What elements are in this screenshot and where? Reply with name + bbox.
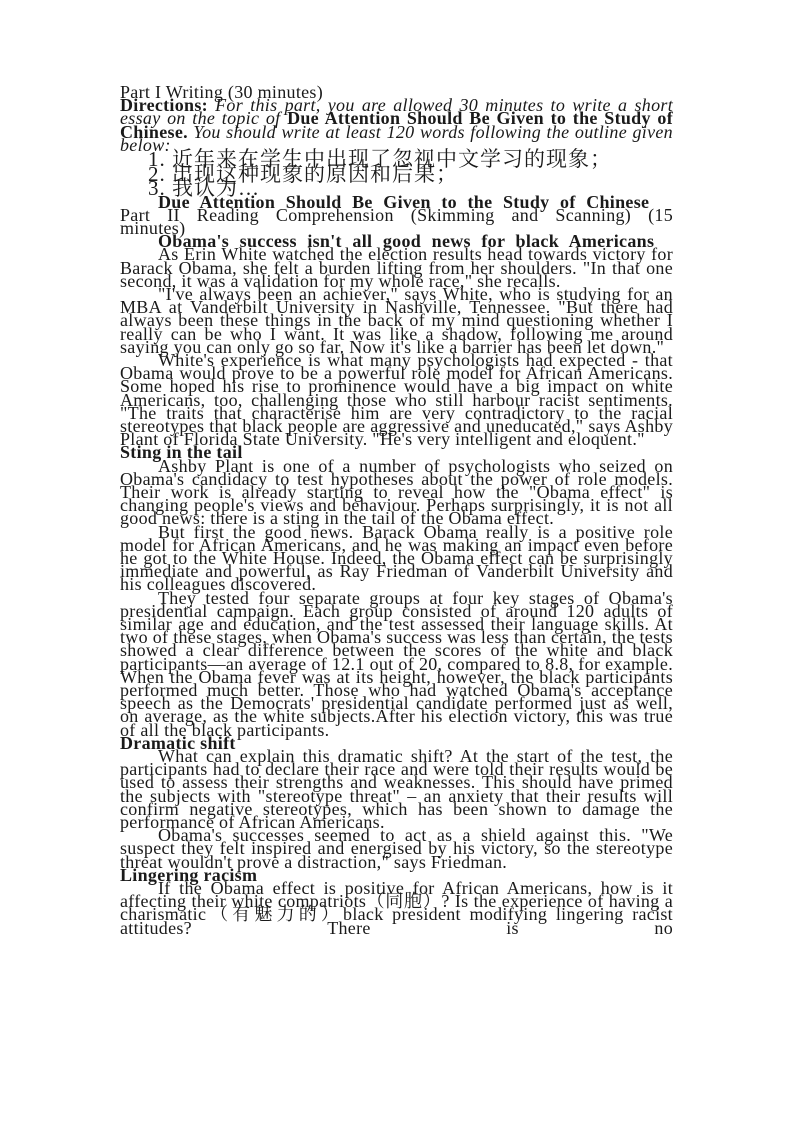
- paragraph-shield: Obama's successes seemed to act as a shi…: [120, 829, 673, 869]
- paragraph-psychologists-expected: White's experience is what many psycholo…: [120, 354, 673, 446]
- paragraph-good-news: But first the good news. Barack Obama re…: [120, 526, 673, 592]
- text-run: But first the good news. Barack Obama re…: [120, 522, 673, 595]
- text-run: If the Obama effect is positive for Afri…: [120, 878, 673, 938]
- text-run: "I've always been an achiever," says Whi…: [120, 284, 673, 357]
- paragraph-erin-white: As Erin White watched the election resul…: [120, 248, 673, 288]
- paragraph-four-groups: They tested four separate groups at four…: [120, 592, 673, 737]
- text-run: White's experience is what many psycholo…: [120, 350, 673, 449]
- exam-page: Part I Writing (30 minutes)Directions: F…: [0, 0, 793, 1122]
- paragraph-achiever: "I've always been an achiever," says Whi…: [120, 288, 673, 354]
- paragraph-lingering-racism: If the Obama effect is positive for Afri…: [120, 882, 673, 935]
- text-run: What can explain this dramatic shift? At…: [120, 746, 673, 832]
- directions-paragraph: Directions: For this part, you are allow…: [120, 99, 673, 152]
- paragraph-explain-shift: What can explain this dramatic shift? At…: [120, 750, 673, 829]
- paragraph-ashby-plant: Ashby Plant is one of a number of psycho…: [120, 460, 673, 526]
- text-run: Ashby Plant is one of a number of psycho…: [120, 456, 673, 529]
- text-run: They tested four separate groups at four…: [120, 588, 673, 740]
- document-column: Part I Writing (30 minutes)Directions: F…: [120, 86, 673, 935]
